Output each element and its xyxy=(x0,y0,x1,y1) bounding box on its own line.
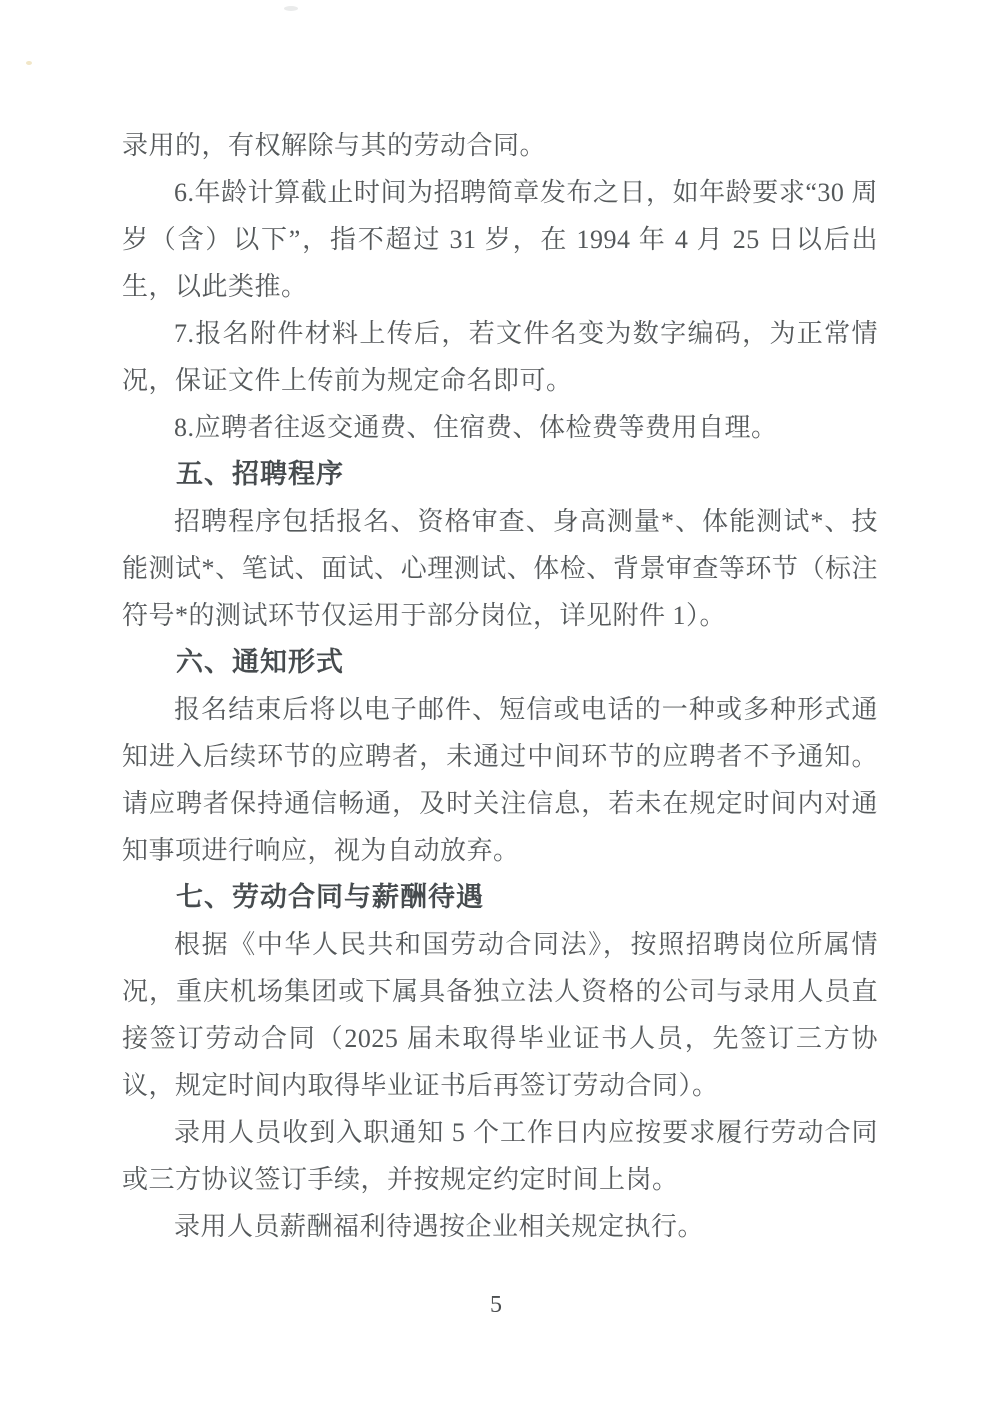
page-footer: 5 xyxy=(0,1292,992,1319)
paragraph: 7.报名附件材料上传后，若文件名变为数字编码，为正常情况，保证文件上传前为规定命… xyxy=(122,310,878,404)
paragraph: 根据《中华人民共和国劳动合同法》，按照招聘岗位所属情况，重庆机场集团或下属具备独… xyxy=(122,921,878,1109)
paragraph: 6.年龄计算截止时间为招聘简章发布之日，如年龄要求“30 周岁（含）以下”，指不… xyxy=(122,169,878,310)
document-page: 录用的，有权解除与其的劳动合同。6.年龄计算截止时间为招聘简章发布之日，如年龄要… xyxy=(0,0,992,1403)
paragraph: 录用的，有权解除与其的劳动合同。 xyxy=(122,122,878,169)
section-heading: 七、劳动合同与薪酬待遇 xyxy=(122,874,878,921)
paragraph: 录用人员收到入职通知 5 个工作日内应按要求履行劳动合同或三方协议签订手续，并按… xyxy=(122,1109,878,1203)
paragraph: 录用人员薪酬福利待遇按企业相关规定执行。 xyxy=(122,1203,878,1250)
scan-artifact-speck xyxy=(26,61,32,65)
section-heading: 六、通知形式 xyxy=(122,639,878,686)
paragraph: 8.应聘者往返交通费、住宿费、体检费等费用自理。 xyxy=(122,404,878,451)
scan-artifact-smudge xyxy=(284,6,298,11)
section-heading: 五、招聘程序 xyxy=(122,451,878,498)
document-content: 录用的，有权解除与其的劳动合同。6.年龄计算截止时间为招聘简章发布之日，如年龄要… xyxy=(122,122,878,1250)
page-number: 5 xyxy=(490,1292,502,1318)
paragraph: 报名结束后将以电子邮件、短信或电话的一种或多种形式通知进入后续环节的应聘者，未通… xyxy=(122,686,878,874)
paragraph: 招聘程序包括报名、资格审查、身高测量*、体能测试*、技能测试*、笔试、面试、心理… xyxy=(122,498,878,639)
